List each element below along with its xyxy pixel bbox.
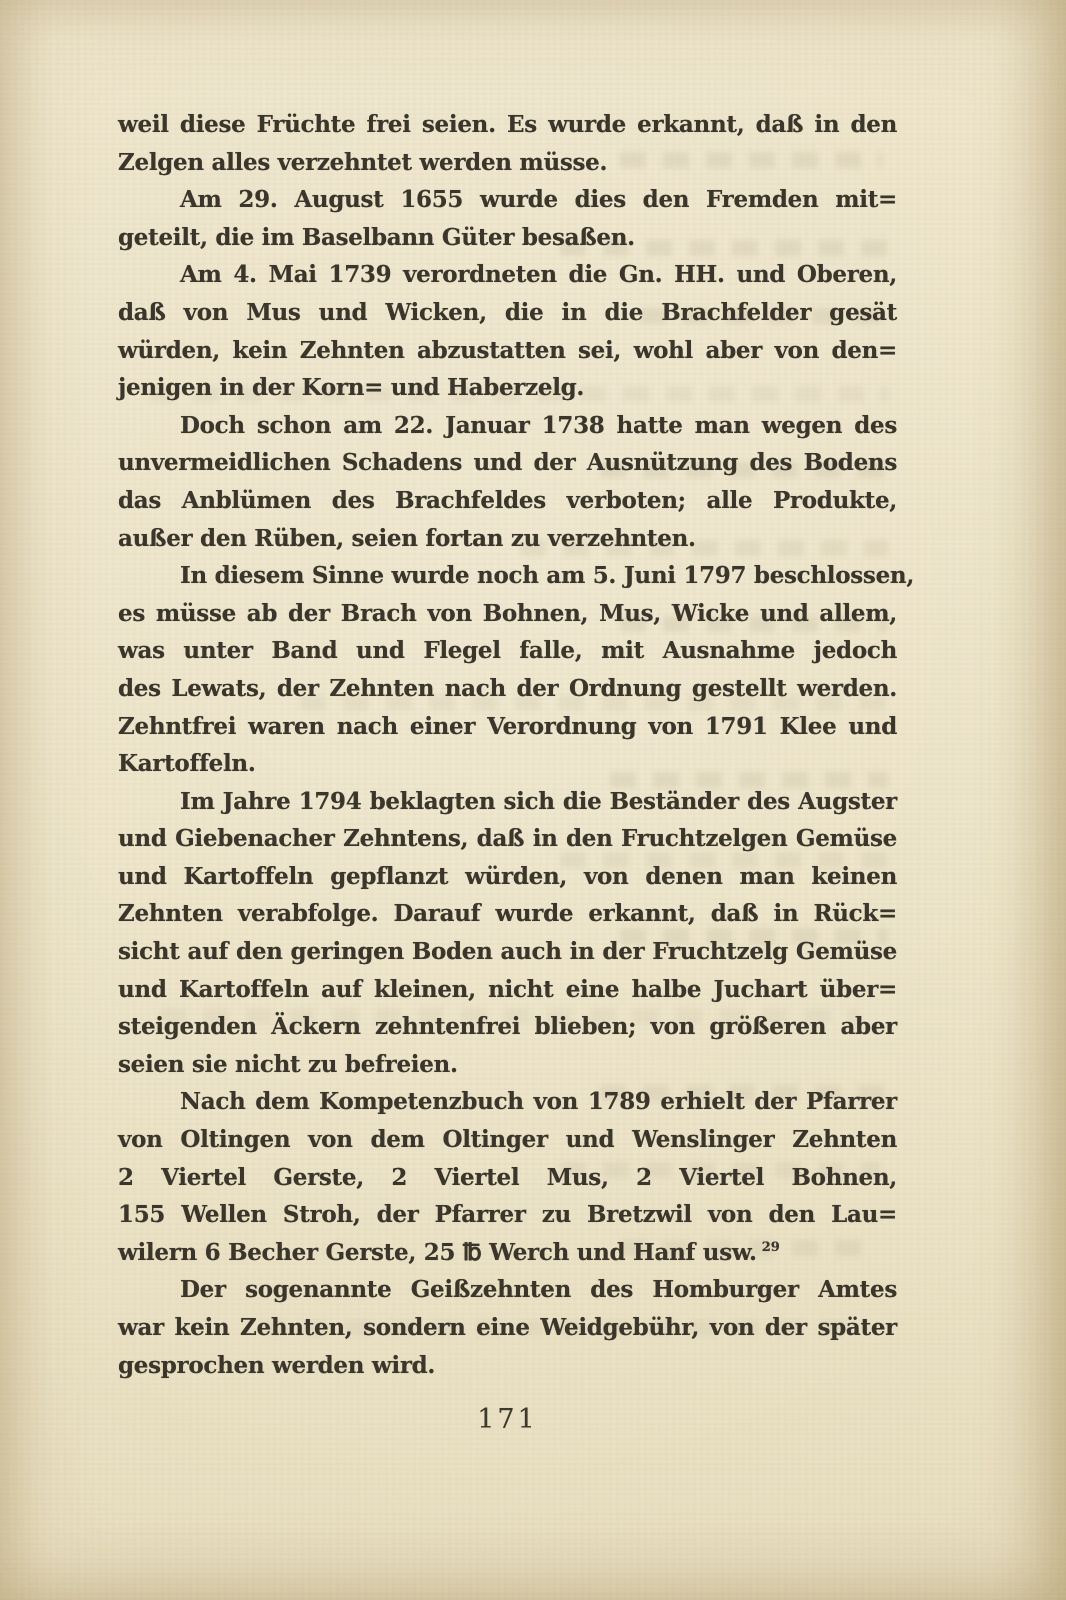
text-line: geteilt, die im Baselbann Güter besaßen. [118,219,897,257]
page-number: 171 [118,1404,897,1435]
text-line: Doch schon am 22. Januar 1738 hatte man … [118,407,897,445]
paragraph: In diesem Sinne wurde noch am 5. Juni 17… [118,557,897,783]
paragraph: Nach dem Kompetenzbuch von 1789 erhielt … [118,1083,897,1271]
text-line: Der sogenannte Geißzehnten des Homburger… [118,1271,897,1309]
text-line: und Kartoffeln auf kleinen, nicht eine h… [118,971,897,1009]
text-line: außer den Rüben, seien fortan zu verzehn… [118,520,897,558]
footnote-reference: 29 [762,1240,780,1255]
text-line: was unter Band und Flegel falle, mit Aus… [118,632,897,670]
text-line: das Anblümen des Brachfeldes verboten; a… [118,482,897,520]
text-line: sicht auf den geringen Boden auch in der… [118,933,897,971]
text-line: daß von Mus und Wicken, die in die Brach… [118,294,897,332]
text-line: es müsse ab der Brach von Bohnen, Mus, W… [118,595,897,633]
text-line: unvermeidlichen Schadens und der Ausnütz… [118,444,897,482]
text-line: jenigen in der Korn= und Haberzelg. [118,369,897,407]
paragraph: weil diese Früchte frei seien. Es wurde … [118,106,897,181]
text-line: des Lewats, der Zehnten nach der Ordnung… [118,670,897,708]
paragraph: Am 4. Mai 1739 verordneten die Gn. HH. u… [118,256,897,406]
text-line: 155 Wellen Stroh, der Pfarrer zu Bretzwi… [118,1196,897,1234]
text-line: Zehntfrei waren nach einer Verordnung vo… [118,708,897,746]
text-line: würden, kein Zehnten abzustatten sei, wo… [118,332,897,370]
text-line: weil diese Früchte frei seien. Es wurde … [118,106,897,144]
text-line: In diesem Sinne wurde noch am 5. Juni 17… [118,557,897,595]
text-line: Nach dem Kompetenzbuch von 1789 erhielt … [118,1083,897,1121]
paragraph: Der sogenannte Geißzehnten des Homburger… [118,1271,897,1384]
text-line: Kartoffeln. [118,745,897,783]
paragraph: Im Jahre 1794 beklagten sich die Beständ… [118,783,897,1084]
text-line-content: wilern 6 Becher Gerste, 25 ℔ Werch und H… [118,1239,757,1266]
paragraph: Am 29. August 1655 wurde dies den Fremde… [118,181,897,256]
text-line: Zelgen alles verzehntet werden müsse. [118,144,897,182]
text-line: und Giebenacher Zehntens, daß in den Fru… [118,820,897,858]
text-line: Zehnten verabfolge. Darauf wurde erkannt… [118,895,897,933]
text-line: gesprochen werden wird. [118,1347,897,1385]
text-line: und Kartoffeln gepflanzt würden, von den… [118,858,897,896]
text-line: Am 4. Mai 1739 verordneten die Gn. HH. u… [118,256,897,294]
text-block: weil diese Früchte frei seien. Es wurde … [118,106,897,1384]
text-line: steigenden Äckern zehntenfrei blieben; v… [118,1008,897,1046]
text-line: von Oltingen von dem Oltinger und Wensli… [118,1121,897,1159]
paragraph: Doch schon am 22. Januar 1738 hatte man … [118,407,897,557]
text-line: war kein Zehnten, sondern eine Weidgebüh… [118,1309,897,1347]
book-page: weil diese Früchte frei seien. Es wurde … [0,0,1066,1600]
text-line: 2 Viertel Gerste, 2 Viertel Mus, 2 Viert… [118,1159,897,1197]
text-line: wilern 6 Becher Gerste, 25 ℔ Werch und H… [118,1234,897,1272]
text-line: seien sie nicht zu befreien. [118,1046,897,1084]
text-line: Am 29. August 1655 wurde dies den Fremde… [118,181,897,219]
text-line: Im Jahre 1794 beklagten sich die Beständ… [118,783,897,821]
